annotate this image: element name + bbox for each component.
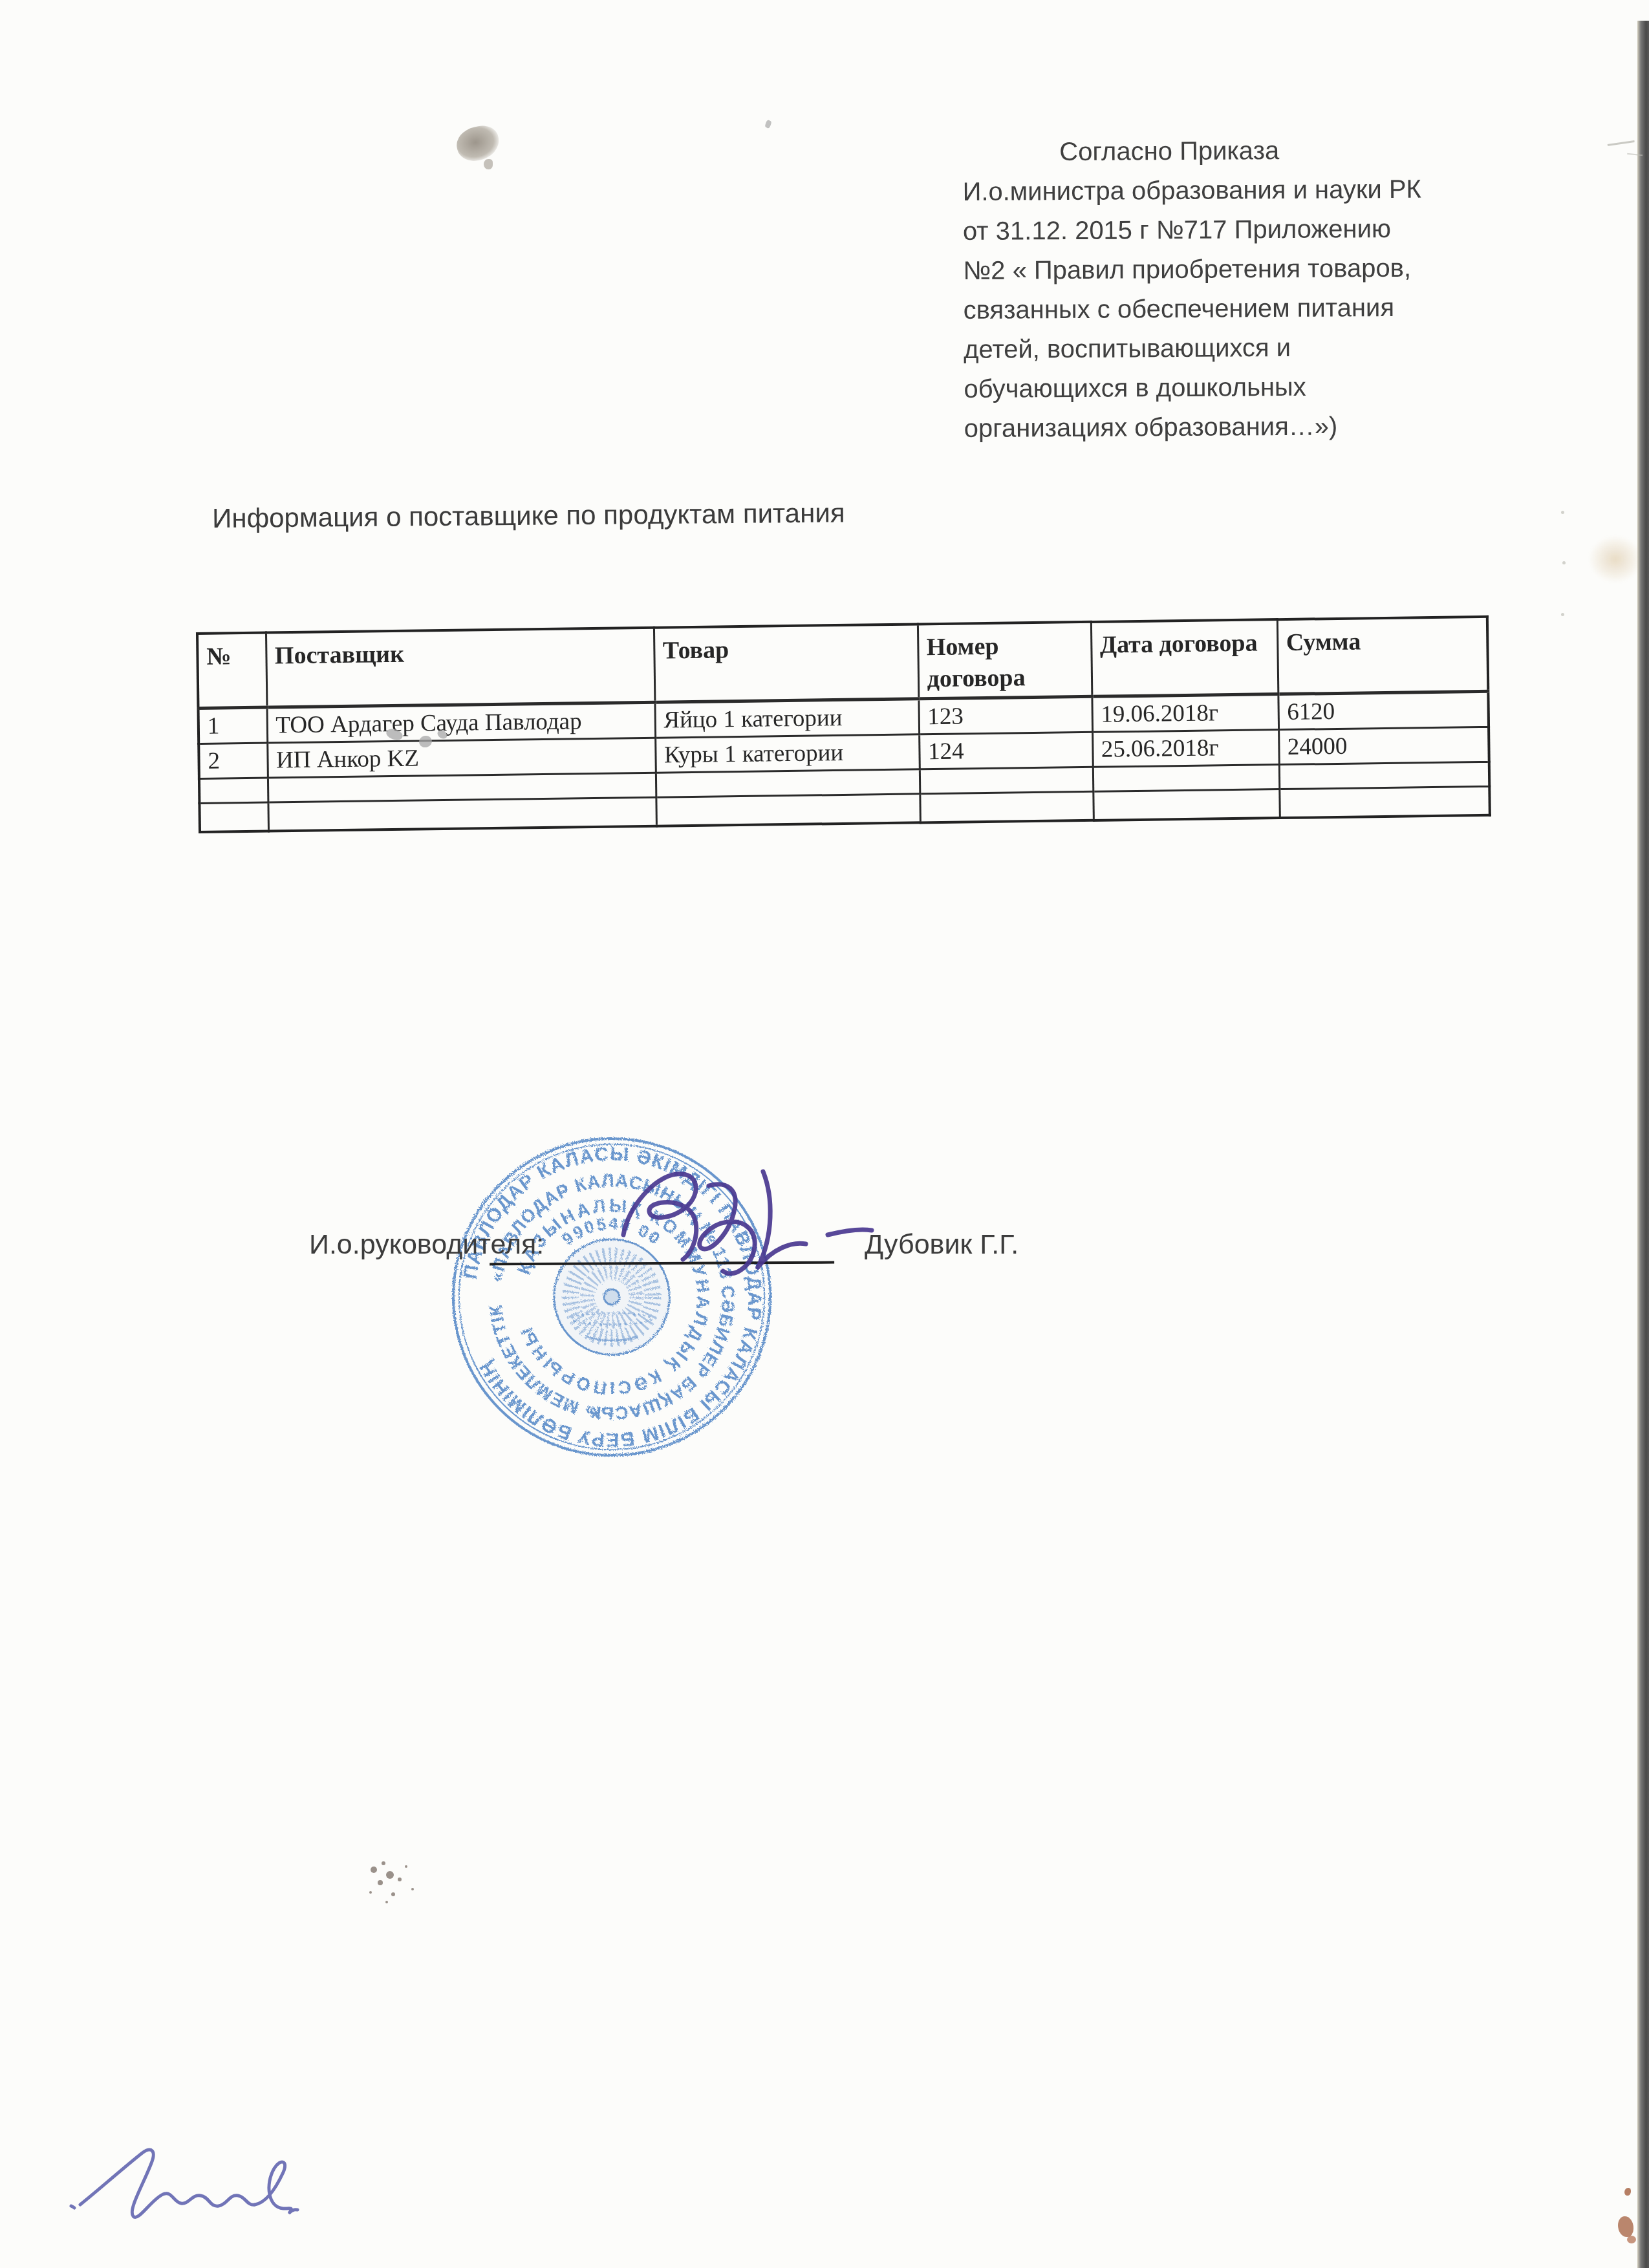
scanned-document-page: Согласно Приказа И.о.министра образовани… bbox=[0, 0, 1649, 2268]
note-line: связанных с обеспечением питания bbox=[963, 288, 1519, 330]
scan-speck bbox=[764, 120, 772, 129]
note-line: от 31.12. 2015 г №717 Приложению bbox=[963, 209, 1519, 251]
table-cell: 6120 bbox=[1278, 692, 1489, 730]
col-header-contract-number: Номер договора bbox=[918, 622, 1092, 699]
table-cell bbox=[920, 792, 1094, 823]
col-header-supplier: Поставщик bbox=[266, 628, 654, 708]
note-line: Согласно Приказа bbox=[962, 130, 1518, 173]
pencil-mark bbox=[1608, 140, 1635, 149]
col-header-number: № bbox=[197, 633, 267, 709]
table-cell bbox=[656, 794, 920, 826]
bottom-signature-ink bbox=[62, 2127, 301, 2237]
rust-speck bbox=[1624, 2188, 1631, 2196]
stamp-star: * bbox=[590, 1404, 600, 1432]
note-line: детей, воспитывающихся и bbox=[964, 327, 1520, 370]
table-cell: 25.06.2018г bbox=[1092, 730, 1279, 767]
table-cell bbox=[268, 797, 656, 831]
rust-speck bbox=[1618, 2216, 1633, 2237]
note-line: организациях образования…») bbox=[964, 406, 1520, 449]
suppliers-table: № Поставщик Товар Номер договора Дата до… bbox=[196, 615, 1491, 833]
order-reference-note: Согласно Приказа И.о.министра образовани… bbox=[962, 130, 1520, 449]
table-cell bbox=[656, 769, 920, 797]
table-cell bbox=[199, 802, 268, 831]
table-cell: 124 bbox=[919, 733, 1093, 770]
scan-stain bbox=[1588, 535, 1643, 583]
table-cell: Яйцо 1 категории bbox=[654, 699, 919, 738]
scan-smudge bbox=[453, 123, 502, 165]
table-cell bbox=[199, 778, 268, 803]
col-header-contract-date: Дата договора bbox=[1091, 619, 1278, 697]
table-cell bbox=[1093, 765, 1279, 792]
table-cell: 1 bbox=[199, 707, 268, 744]
table-cell: 2 bbox=[199, 743, 268, 778]
col-header-amount: Сумма bbox=[1277, 617, 1488, 694]
note-line: И.о.министра образования и науки РК bbox=[962, 169, 1518, 212]
table-cell: 24000 bbox=[1278, 727, 1489, 765]
ink-speckles bbox=[354, 1844, 432, 1915]
director-signature-ink bbox=[600, 1152, 911, 1288]
table-cell: Куры 1 категории bbox=[655, 734, 920, 773]
col-header-product: Товар bbox=[654, 624, 918, 702]
table-cell bbox=[1093, 789, 1280, 820]
table-cell bbox=[1279, 787, 1490, 818]
scan-smudge-tail bbox=[484, 159, 493, 169]
table-cell bbox=[1279, 762, 1489, 789]
table-cell: 123 bbox=[918, 697, 1092, 735]
document-title: Информация о поставщике по продуктам пит… bbox=[212, 497, 845, 534]
scanner-edge-shadow bbox=[1637, 21, 1649, 2268]
table-cell: ТОО Ардагер Сауда Павлодар bbox=[266, 702, 655, 743]
note-line: обучающихся в дошкольных bbox=[964, 367, 1520, 409]
table-cell: ИП Анкор KZ bbox=[267, 738, 656, 778]
table-cell bbox=[920, 767, 1093, 795]
note-line: №2 « Правил приобретения товаров, bbox=[963, 248, 1519, 291]
rust-speck bbox=[1627, 2236, 1636, 2243]
table-cell: 19.06.2018г bbox=[1092, 694, 1278, 733]
